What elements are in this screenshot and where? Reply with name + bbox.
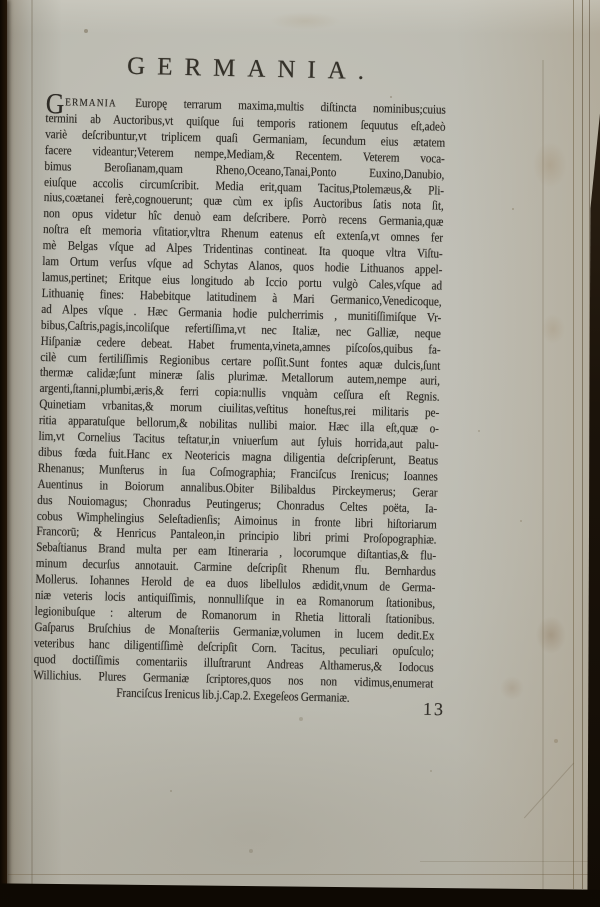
text-block: GERMANIA. GERMANIA Europę terrarum maxim… [33, 50, 447, 708]
first-word-small-caps: ERMANIA [65, 97, 117, 109]
page-number: 13 [423, 699, 445, 720]
photo-background-left [0, 0, 7, 907]
body-lines: termini ab Auctoribus,vt quiſque ſui tem… [33, 111, 446, 708]
page-crease-left [31, 0, 33, 907]
page-edge-line [8, 874, 592, 875]
book-photo: GERMANIA. GERMANIA Europę terrarum maxim… [0, 0, 600, 907]
body-text: GERMANIA Europę terrarum maxima,multis d… [33, 94, 446, 708]
page-edge-line [573, 0, 574, 889]
page-edge-line [589, 0, 590, 889]
page-fold-line [542, 60, 544, 890]
blind-frame-line [420, 861, 588, 862]
page-edge-line [582, 0, 583, 889]
